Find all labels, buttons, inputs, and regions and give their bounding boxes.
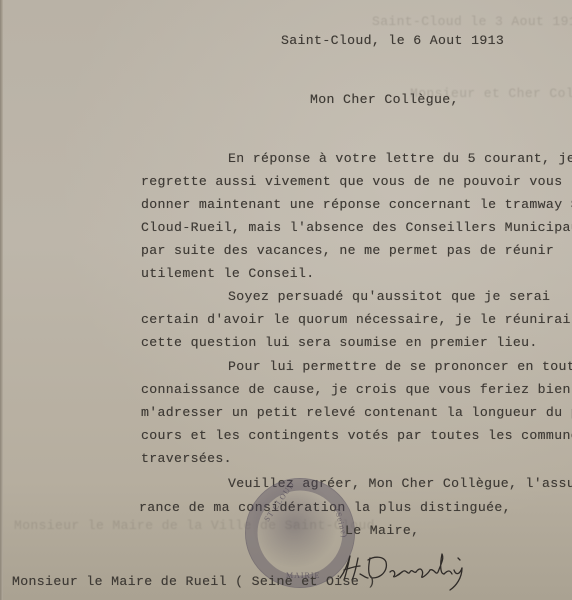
body-line: par suite des vacances, ne me permet pas… [141, 243, 554, 258]
body-line: En réponse à votre lettre du 5 courant, … [228, 151, 572, 166]
body-line: Soyez persuadé qu'aussitot que je serai [228, 289, 550, 304]
body-line: cours et les contingents votés par toute… [141, 428, 572, 443]
bleed-through-text: Saint-Cloud le 3 Aout 1913 [372, 14, 572, 29]
place-date: Saint-Cloud, le 6 Aout 1913 [281, 33, 504, 48]
addressee: Monsieur le Maire de Rueil ( Seine et Oi… [12, 574, 376, 589]
body-line: connaissance de cause, je crois que vous… [141, 382, 572, 397]
body-line: donner maintenant une réponse concernant… [141, 197, 572, 212]
body-line: regrette aussi vivement que vous de ne p… [141, 174, 562, 189]
letter-page: Saint-Cloud le 3 Aout 1913 Monsieur et C… [0, 0, 572, 600]
body-line: traversées. [141, 451, 232, 466]
page-edge-shadow [0, 0, 3, 600]
closing-title: Le Maire, [345, 523, 419, 538]
body-line: Pour lui permettre de se prononcer en to… [228, 359, 572, 374]
body-line: cette question lui sera soumise en premi… [141, 335, 538, 350]
salutation: Mon Cher Collègue, [310, 92, 459, 107]
body-line: certain d'avoir le quorum nécessaire, je… [141, 312, 572, 327]
body-line: m'adresser un petit relevé contenant la … [141, 405, 572, 420]
body-line: utilement le Conseil. [141, 266, 315, 281]
body-line: Cloud-Rueil, mais l'absence des Conseill… [141, 220, 572, 235]
